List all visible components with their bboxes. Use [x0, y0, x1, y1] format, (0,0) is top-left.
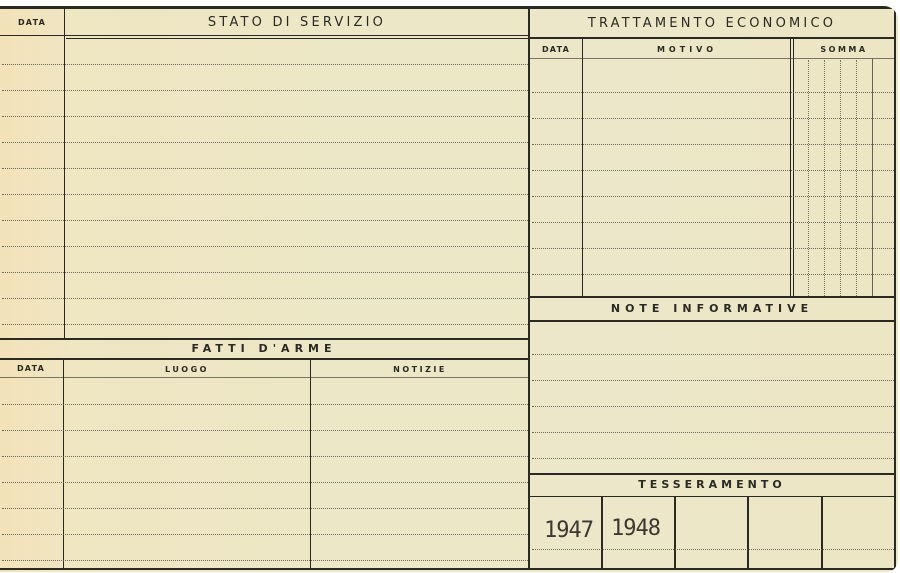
fatti-d-arme-title: FATTI D'ARME [0, 342, 528, 355]
fatti-data-header: DATA [0, 364, 62, 373]
tesseramento-dotted-rule [532, 549, 894, 550]
tesseramento-title-rule [530, 496, 894, 497]
tesseramento-cell-divider [601, 497, 603, 568]
tesseramento-year-1947: 1947 [544, 518, 593, 543]
bottom-border [0, 568, 898, 570]
fatti-luogo-divider [310, 360, 311, 568]
tesseramento-title: TESSERAMENTO [530, 478, 894, 491]
stato-data-divider [64, 9, 65, 339]
tesseramento-top-rule [530, 473, 894, 475]
somma-digit-divider [856, 60, 857, 296]
fatti-title-rule [0, 358, 528, 360]
tesseramento-cell-divider [821, 497, 823, 568]
service-record-card: DATA STATO DI SERVIZIO FATTI D'ARME DATA… [0, 6, 898, 572]
tesseramento-cell-divider [747, 497, 749, 568]
somma-digit-divider [840, 60, 841, 296]
trattamento-somma-divider-2 [793, 39, 794, 297]
tesseramento-year-1948: 1948 [611, 516, 660, 541]
top-border [0, 6, 898, 9]
trattamento-somma-header: SOMMA [794, 45, 894, 54]
somma-digit-divider [824, 60, 825, 296]
fatti-top-rule [0, 338, 528, 340]
trattamento-data-header: DATA [530, 45, 582, 54]
somma-digit-divider [808, 60, 809, 296]
tesseramento-cell-divider [674, 497, 676, 568]
note-title-rule [530, 320, 894, 322]
note-informative-title: NOTE INFORMATIVE [530, 302, 894, 315]
stato-di-servizio-title: STATO DI SERVIZIO [66, 15, 528, 30]
fatti-luogo-header: LUOGO [64, 365, 310, 374]
trattamento-header-rule [530, 58, 894, 59]
stato-data-header: DATA [0, 18, 64, 27]
fatti-header-rule [0, 377, 528, 378]
somma-cents-divider [872, 59, 873, 297]
trattamento-motivo-header: MOTIVO [584, 45, 790, 54]
trattamento-economico-title: TRATTAMENTO ECONOMICO [530, 16, 894, 31]
stato-header-rule-2 [66, 38, 528, 39]
trattamento-title-rule [530, 37, 894, 39]
note-top-rule [530, 296, 894, 298]
fatti-notizie-header: NOTIZIE [312, 365, 528, 374]
right-border [894, 6, 896, 570]
stato-header-rule [0, 35, 528, 36]
fatti-data-divider [63, 360, 64, 568]
trattamento-data-divider [582, 39, 583, 297]
trattamento-somma-divider [790, 39, 791, 297]
